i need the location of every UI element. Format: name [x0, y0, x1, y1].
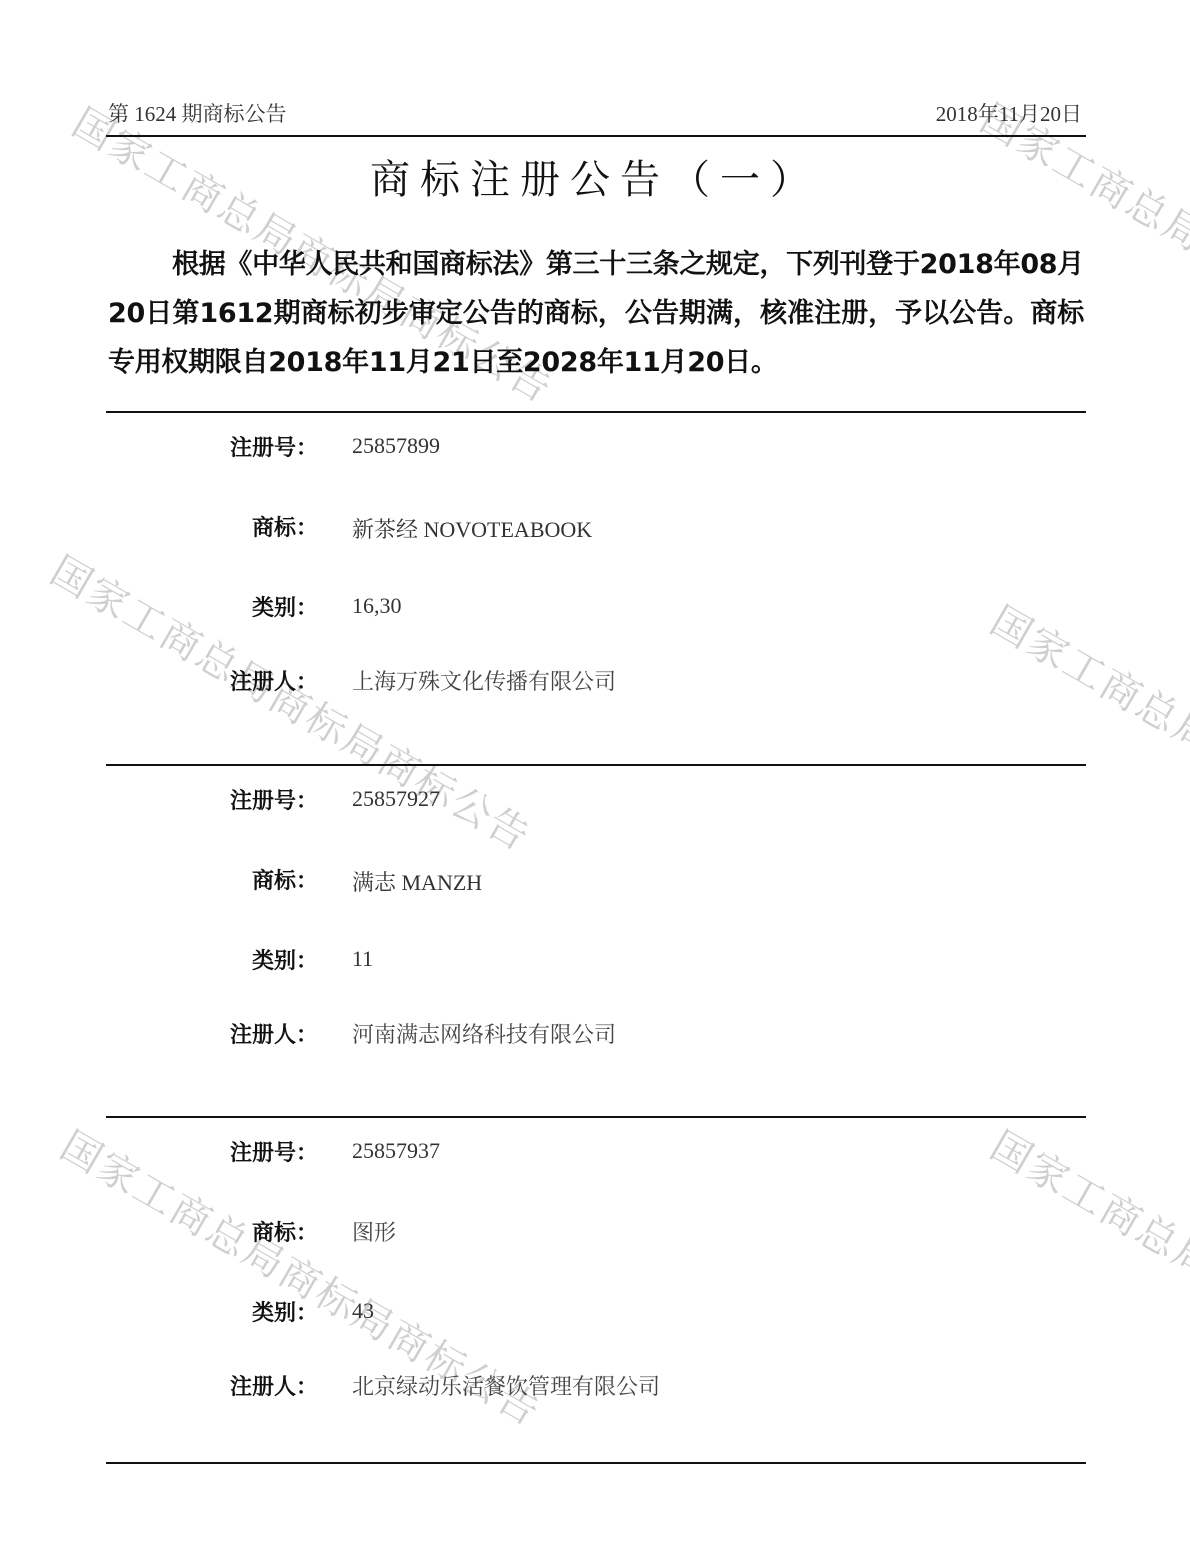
class-value: 16,30: [352, 593, 402, 619]
reg-no-label: 注册号：: [230, 1136, 318, 1167]
issue-date: 2018年11月20日: [936, 98, 1082, 128]
class-label: 类别：: [252, 944, 318, 975]
reg-no-label: 注册号：: [230, 784, 318, 815]
record-divider: [106, 1116, 1086, 1118]
registrant-label: 注册人：: [230, 1018, 318, 1049]
mark-label: 商标：: [252, 864, 318, 895]
class-label: 类别：: [252, 591, 318, 622]
header-divider: [106, 135, 1086, 137]
record-divider: [106, 411, 1086, 413]
class-value: 43: [352, 1298, 374, 1324]
mark-value: 图形: [352, 1216, 396, 1247]
watermark: 国家工商总局商标局商标公告: [982, 590, 1190, 912]
intro-paragraph: 根据《中华人民共和国商标法》第三十三条之规定，下列刊登于2018年08月20日第…: [108, 240, 1084, 387]
mark-value: 新茶经 NOVOTEABOOK: [352, 513, 592, 544]
watermark: 国家工商总局商标局商标公告: [982, 1115, 1190, 1437]
registrant-value: 上海万殊文化传播有限公司: [352, 665, 616, 696]
class-label: 类别：: [252, 1296, 318, 1327]
registrant-value: 北京绿动乐活餐饮管理有限公司: [352, 1370, 660, 1401]
mark-label: 商标：: [252, 1216, 318, 1247]
issue-number: 第 1624 期商标公告: [108, 98, 287, 128]
page-title: 商标注册公告（一）: [0, 148, 1190, 205]
registrant-value: 河南满志网络科技有限公司: [352, 1018, 616, 1049]
reg-no-label: 注册号：: [230, 431, 318, 462]
record-divider: [106, 764, 1086, 766]
registrant-label: 注册人：: [230, 1370, 318, 1401]
reg-no-value: 25857937: [352, 1138, 440, 1164]
reg-no-value: 25857927: [352, 786, 440, 812]
mark-label: 商标：: [252, 511, 318, 542]
registrant-label: 注册人：: [230, 665, 318, 696]
mark-value: 满志 MANZH: [352, 866, 482, 897]
reg-no-value: 25857899: [352, 433, 440, 459]
footer-divider: [106, 1462, 1086, 1464]
class-value: 11: [352, 946, 373, 972]
